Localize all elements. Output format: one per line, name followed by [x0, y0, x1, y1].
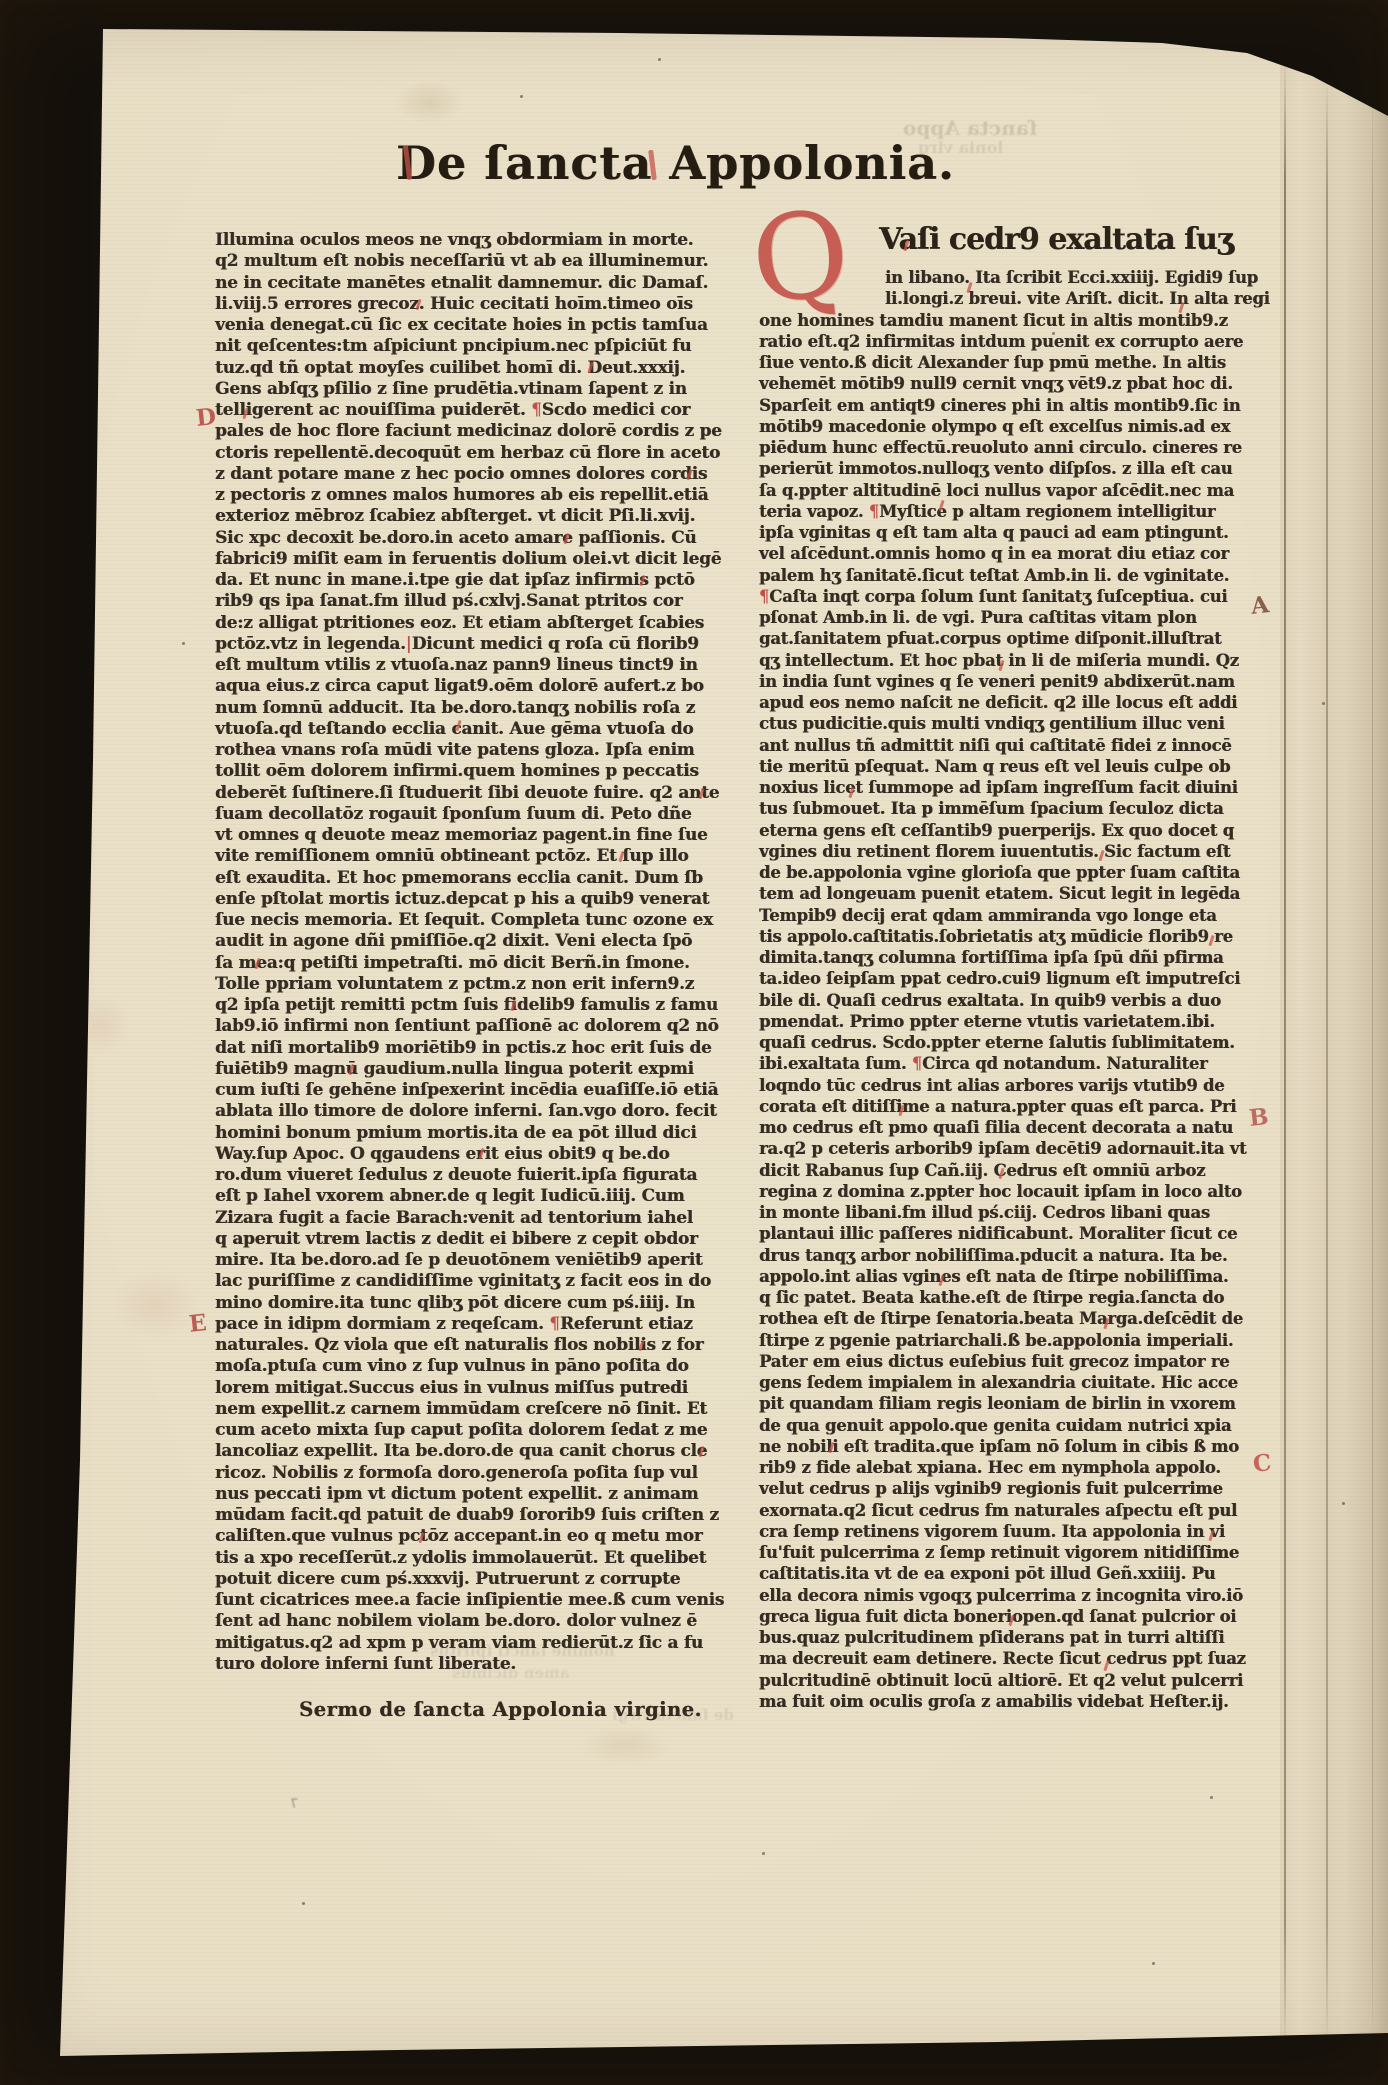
- text-line: lorem mitigat.Succus eius in vulnus miſſ…: [215, 1377, 688, 1397]
- text-line: nus peccati ipm vt dictum potent expelli…: [215, 1483, 698, 1503]
- text-line: pulcritudinē obtinuit locū altiorē. Et q…: [759, 1671, 1243, 1690]
- text-line: lac puriſſime z candidiſſime vginitatʒ z…: [215, 1270, 711, 1290]
- text-line: cra ſemp retinens vigorem ſuum. Ita appo…: [759, 1522, 1225, 1541]
- text-line: mōtib9 macedonie olympo q eſt excelſus n…: [759, 417, 1230, 436]
- text-line: gat.ſanitatem pfuat.corpus optime diſpon…: [759, 629, 1221, 648]
- drop-cap-initial-q: Q: [747, 194, 854, 320]
- text-line: rothea vnans roſa mūdi vite patens gloza…: [215, 739, 694, 759]
- paper-stain: [110, 1270, 200, 1340]
- text-line: ctoris repellentē.decoquūt em herbaz cū …: [215, 442, 720, 462]
- marginal-letter-b: B: [1248, 1103, 1270, 1132]
- paper-stain: [580, 1725, 670, 1765]
- text-line: Zizara fugit a facie Barach:venit ad ten…: [215, 1207, 693, 1227]
- marginal-letter-a: A: [1250, 591, 1271, 620]
- ghost-text: de ſancta virgi: [612, 1706, 734, 1724]
- rubric-mark: |: [406, 633, 412, 653]
- text-line: lancoliaz expellit. Ita be.doro.de qua c…: [215, 1440, 707, 1460]
- marginal-letter-e: E: [188, 1309, 208, 1338]
- text-line: de:z alligat ptritiones eoz. Et etiam ab…: [215, 612, 704, 632]
- text-line: piēdum hunc effectū.reuoluto anni circul…: [759, 438, 1242, 457]
- text-line: aqua eius.z circa caput ligat9.oēm dolor…: [215, 675, 704, 695]
- page-edge-crease: [1372, 90, 1373, 2045]
- text-line: ſent ad hanc nobilem violam be.doro. dol…: [215, 1610, 697, 1630]
- page-edge-crease: [1326, 78, 1328, 2045]
- ink-speck: [1052, 332, 1055, 335]
- text-line: q ſic patet. Beata kathe.eſt de ſtirpe r…: [759, 1288, 1224, 1307]
- text-line: ipſa vginitas q eſt tam alta q pauci ad …: [759, 523, 1229, 542]
- text-line: palem hʒ ſanitatē.ſicut teſtat Amb.in li…: [759, 566, 1229, 585]
- text-line: q2 multum eſt nobis neceſſariū vt ab ea …: [215, 250, 708, 270]
- text-line: mūdam facit.qd patuit de duab9 ſororib9 …: [215, 1504, 719, 1524]
- text-line: perierūt immotos.nulloqʒ vento diſpſos. …: [759, 459, 1232, 478]
- text-line: velut cedrus p alijs vginib9 regionis fu…: [759, 1479, 1223, 1498]
- text-line: in india ſunt vgines q ſe veneri penit9 …: [759, 672, 1235, 691]
- text-line: ibi.exaltata ſum. ¶Circa qd notandum. Na…: [759, 1054, 1208, 1073]
- text-line: tus ſubmouet. Ita p immēſum ſpacium ſecu…: [759, 799, 1223, 818]
- text-line: teria vapoz. ¶Myſtice p altam regionem i…: [759, 502, 1215, 521]
- text-line: quaſi cedrus. Scdo.ppter eterne ſalutis …: [759, 1033, 1235, 1052]
- text-line: ma fuit oim oculis groſa z amabilis vide…: [759, 1692, 1229, 1711]
- text-line: ne in cecitate manētes etnalit damnemur.…: [215, 272, 708, 292]
- text-line: greca ligua fuit dicta boneriopen.qd ſan…: [759, 1607, 1236, 1626]
- text-line: rothea eſt de ſtirpe ſenatoria.beata Mar…: [759, 1309, 1243, 1328]
- text-line: Way.ſup Apoc. O qgaudens erit eius obit9…: [215, 1143, 669, 1163]
- text-line: ſa q.ppter altitudinē loci nullus vapor …: [759, 481, 1234, 500]
- text-line: vehemēt mōtib9 null9 cernit vnqʒ vēt9.z …: [759, 374, 1233, 393]
- text-line: pace in idipm dormiam z reqeſcam. ¶Refer…: [215, 1313, 693, 1333]
- text-line: telligerent ac nouiſſima puiderēt. ¶Scdo…: [215, 399, 690, 419]
- marginal-letter-d: D: [195, 403, 218, 432]
- text-line: caliſten.que vulnus pctōz accepant.in eo…: [215, 1525, 702, 1545]
- text-line: ta.ideo ſeipſam ppat cedro.cui9 lignum e…: [759, 969, 1240, 988]
- text-line: ro.dum viueret ſedulus z deuote fuierit.…: [215, 1164, 697, 1184]
- text-line: tollit oēm dolorem infirmi.quem homines …: [215, 760, 699, 780]
- rubric-mark: ¶: [869, 502, 879, 521]
- text-line: ſuam decollatōz rogauit ſponſum ſuum di.…: [215, 803, 691, 823]
- text-line: mino domire.ita tunc qlibʒ pōt dicere cu…: [215, 1292, 695, 1312]
- text-line: gens ſedem impialem in alexandria ciuita…: [759, 1373, 1238, 1392]
- text-line: vgines diu retinent florem iuuentutis. S…: [759, 842, 1230, 861]
- book-photo: De ſancta Appolonia. Q Illumina oculos m…: [0, 0, 1388, 2085]
- ghost-text: ⁊: [291, 1794, 298, 1810]
- text-line: ſunt cicatrices mee.a facie inſipientie …: [215, 1589, 724, 1609]
- text-line: eſt exaudita. Et hoc pmemorans ecclia ca…: [215, 867, 703, 887]
- text-line: eſt p Iahel vxorem abner.de q legit Iudi…: [215, 1185, 684, 1205]
- text-line: ant nullus tñ admittit niſi qui caſtitat…: [759, 736, 1232, 755]
- text-line: corata eſt ditiſſime a natura.ppter quas…: [759, 1097, 1236, 1116]
- text-line: lab9.iō infirmi non ſentiunt paſſionē ac…: [215, 1015, 719, 1035]
- text-line: noxius licet ſummope ad ipſam ingreſſum …: [759, 778, 1238, 797]
- text-line: ctus pudicitie.quis multi vndiqʒ gentili…: [759, 714, 1225, 733]
- ghost-text: lonia virg: [918, 138, 1003, 157]
- text-line: eſt multum vtilis z vtuoſa.naz pann9 lin…: [215, 654, 698, 674]
- text-line: Sic xpc decoxit be.doro.in aceto amare p…: [215, 527, 696, 547]
- text-line: de qua genuit appolo.que genita cuidam n…: [759, 1416, 1231, 1435]
- text-line: z pectoris z omnes malos humores ab eis …: [215, 484, 708, 504]
- text-line: Vaſi cedr9 exaltata ſuʒ: [879, 222, 1233, 257]
- text-line: Illumina oculos meos ne vnqʒ obdormiam i…: [215, 229, 693, 249]
- text-line: dicit Rabanus ſup Cañ.iij. Cedrus eſt om…: [759, 1161, 1205, 1180]
- text-line: vel aſcēdunt.omnis homo q in ea morat di…: [759, 544, 1229, 563]
- text-line: homini bonum pmium mortis.ita de ea pōt …: [215, 1122, 697, 1142]
- ink-speck: [1322, 702, 1325, 705]
- text-line: Pater em eius dictus euſebius fuit greco…: [759, 1352, 1229, 1371]
- text-line: moſa.ptuſa cum vino z ſup vulnus in pāno…: [215, 1355, 689, 1375]
- page-edge-crease: [1284, 60, 1286, 2045]
- ink-speck: [1342, 1502, 1345, 1505]
- text-line: rib9 z fide alebat xpiana. Hec em nympho…: [759, 1458, 1221, 1477]
- text-line: ¶Caſta inqt corpa ſolum ſunt ſanitatʒ ſu…: [759, 587, 1227, 606]
- text-line: tem ad longeuam puenit etatem. Sicut leg…: [759, 884, 1240, 903]
- text-line: ſue necis memoria. Et ſequit. Completa t…: [215, 909, 713, 929]
- book-page: De ſancta Appolonia. Q Illumina oculos m…: [0, 0, 1388, 2085]
- text-line: plantaui illic paſſeres nidificabunt. Mo…: [759, 1224, 1237, 1243]
- ink-speck: [658, 58, 661, 61]
- text-line: ſiue vento.ß dicit Alexander ſup pmū met…: [759, 353, 1226, 372]
- text-line: bus.quaz pulcritudinem pſiderans pat in …: [759, 1628, 1224, 1647]
- text-line: tie meritū pſequat. Nam q reus eſt vel l…: [759, 757, 1230, 776]
- text-line: vite remiſſionem omniū obtineant pctōz. …: [215, 845, 688, 865]
- text-line: mo cedrus eſt pmo quaſi filia decent dec…: [759, 1118, 1233, 1137]
- text-line: audit in agone dñi pmiſſiōe.q2 dixit. Ve…: [215, 930, 692, 950]
- paper-stain: [70, 995, 130, 1055]
- text-line: tuz.qd tñ optat moyſes cuilibet homī di.…: [215, 357, 685, 377]
- text-line: in monte libani.fm illud pś.ciij. Cedros…: [759, 1203, 1210, 1222]
- text-line: ratio eſt.q2 infirmitas intdum puenit ex…: [759, 332, 1243, 351]
- text-line: nem expellit.z carnem immūdam creſcere n…: [215, 1398, 707, 1418]
- text-line: ma decreuit eam detinere. Recte ſicut ce…: [759, 1649, 1246, 1668]
- text-line: tis appolo.caſtitatis.ſobrietatis atʒ mū…: [759, 927, 1233, 946]
- text-line: li.viij.5 errores grecoz. Huic cecitati …: [215, 293, 693, 313]
- text-line: dimita.tanqʒ columna fortiſſima ipſa ſpū…: [759, 948, 1223, 967]
- ink-speck: [182, 642, 185, 645]
- fore-edge-pages: [1280, 50, 1388, 2045]
- text-line: Tempib9 decij erat qdam ammiranda vgo lo…: [759, 906, 1217, 925]
- ink-speck: [762, 1852, 765, 1855]
- text-line: tis a xpo receſſerūt.z ydolis immolauerū…: [215, 1547, 706, 1567]
- ghost-text: amen dicimus: [452, 1664, 570, 1682]
- text-line: num ſomnū adducit. Ita be.doro.tanqʒ nob…: [215, 697, 695, 717]
- rubric-mark: ¶: [912, 1054, 922, 1073]
- text-line: nit qeſcentes:tm aſpiciunt pncipium.nec …: [215, 335, 691, 355]
- text-line: Gens abſqʒ pſilio z ſine prudētia.vtinam…: [215, 378, 687, 398]
- text-line: li.longi.z breui. vite Ariſt. dicit. In …: [885, 289, 1270, 308]
- text-line: fuiētib9 magnū gaudium.nulla lingua pote…: [215, 1058, 694, 1078]
- text-line: pit quandam filiam regis leoniam de birl…: [759, 1394, 1236, 1413]
- text-line: ra.q2 p ceteris arborib9 ipſam decēti9 a…: [759, 1139, 1246, 1158]
- ink-speck: [520, 95, 523, 98]
- text-line: naturales. Qz viola que eſt naturalis fl…: [215, 1334, 703, 1354]
- text-line: pmendat. Primo ppter eterne vtutis varie…: [759, 1012, 1215, 1031]
- text-line: drus tanqʒ arbor nobiliſſima.pducit a na…: [759, 1246, 1227, 1265]
- paper-stain: [395, 80, 465, 125]
- text-line: eterna gens eſt ceſſantib9 puerperijs. E…: [759, 821, 1234, 840]
- ink-speck: [302, 1902, 305, 1905]
- text-line: pctōz.vtz in legenda.|Dicunt medici q ro…: [215, 633, 699, 653]
- text-line: exterioz mēbroz ſcabiez abſterget. vt di…: [215, 505, 695, 525]
- text-line: enſe pſtolat mortis ictuz.depcat p his a…: [215, 888, 709, 908]
- text-line: vt omnes q deuote meaz memoriaz pagent.i…: [215, 824, 708, 844]
- text-line: ricoz. Nobilis z formoſa doro.generoſa p…: [215, 1462, 698, 1482]
- text-line: ella decora nimis vgoqʒ pulcerrima z inc…: [759, 1586, 1243, 1605]
- text-line: venia denegat.cū ſic ex cecitate hoies i…: [215, 314, 708, 334]
- text-line: z dant potare mane z hec pocio omnes dol…: [215, 463, 707, 483]
- rubric-mark: ¶: [759, 587, 769, 606]
- ghost-text: ſancta Appo: [903, 116, 1037, 140]
- text-line: rib9 qs ipa ſanat.fm illud pś.cxlvj.Sana…: [215, 590, 682, 610]
- text-line: cum aceto mixta ſup caput poſita dolorem…: [215, 1419, 707, 1439]
- text-line: de be.appolonia vgine glorioſa que ppter…: [759, 863, 1240, 882]
- text-line: Tolle ppriam voluntatem z pctm.z non eri…: [215, 973, 694, 993]
- text-line: q aperuit vtrem lactis z dedit ei bibere…: [215, 1228, 698, 1248]
- text-line: bile di. Quaſi cedrus exaltata. In quib9…: [759, 991, 1221, 1010]
- text-line: caſtitatis.ita vt de ea exponi pōt illud…: [759, 1564, 1215, 1583]
- text-line: apud eos nemo naſcit ne deficit. q2 ille…: [759, 693, 1237, 712]
- text-line: appolo.int alias vgines eſt nata de ſtir…: [759, 1267, 1228, 1286]
- text-line: ſa mea:q petiſti impetraſti. mō dicit Be…: [215, 952, 690, 972]
- marginal-letter-c: C: [1252, 1449, 1273, 1478]
- text-line: cum iuſti ſe gehēne inſpexerint incēdia …: [215, 1079, 718, 1099]
- rubric-mark: ¶: [549, 1313, 560, 1333]
- text-line: vtuoſa.qd teſtando ecclia canit. Aue gēm…: [215, 718, 693, 738]
- text-line: da. Et nunc in mane.i.tpe gie dat ipſaz …: [215, 569, 695, 589]
- text-line: in libano. Ita ſcribit Ecci.xxiiij. Egid…: [885, 268, 1258, 287]
- text-line: pales de hoc flore faciunt medicinaz dol…: [215, 420, 722, 440]
- rubric-mark: ¶: [531, 399, 542, 419]
- text-line: pſonat Amb.in li. de vgi. Pura caſtitas …: [759, 608, 1197, 627]
- text-line: exornata.q2 ſicut cedrus fm naturales aſ…: [759, 1501, 1237, 1520]
- text-line: deberēt ſuſtinere.ſi ſtuduerit ſibi deuo…: [215, 782, 719, 802]
- text-line: q2 ipſa petijt remitti pctm ſuis fidelib…: [215, 994, 718, 1014]
- text-line: potuit dicere cum pś.xxxvij. Putruerunt …: [215, 1568, 680, 1588]
- ink-speck: [1152, 1962, 1155, 1965]
- text-line: Sparſeit em antiqt9 cineres phi in altis…: [759, 396, 1240, 415]
- ghost-text: nomine ſancti ſpiritus: [430, 1642, 615, 1660]
- text-line: ſu'fuit pulcerrima z ſemp retinuit vigor…: [759, 1543, 1239, 1562]
- text-line: regina z domina z.ppter hoc locauit ipſa…: [759, 1182, 1242, 1201]
- ink-speck: [1210, 1796, 1213, 1799]
- text-line: ablata illo timore de dolore inferni. ſa…: [215, 1100, 717, 1120]
- text-line: ſtirpe z pgenie patriarchali.ß be.appolo…: [759, 1331, 1233, 1350]
- text-line: dat niſi mortalib9 moriētib9 in pctis.z …: [215, 1037, 712, 1057]
- text-line: mire. Ita be.doro.ad ſe p deuotōnem veni…: [215, 1249, 703, 1269]
- page-title: De ſancta Appolonia.: [396, 136, 955, 190]
- text-line: loqndo tūc cedrus int alias arbores vari…: [759, 1076, 1224, 1095]
- text-line: fabrici9 miſit eam in feruentis dolium o…: [215, 548, 721, 568]
- text-line: one homines tamdiu manent ſicut in altis…: [759, 311, 1228, 330]
